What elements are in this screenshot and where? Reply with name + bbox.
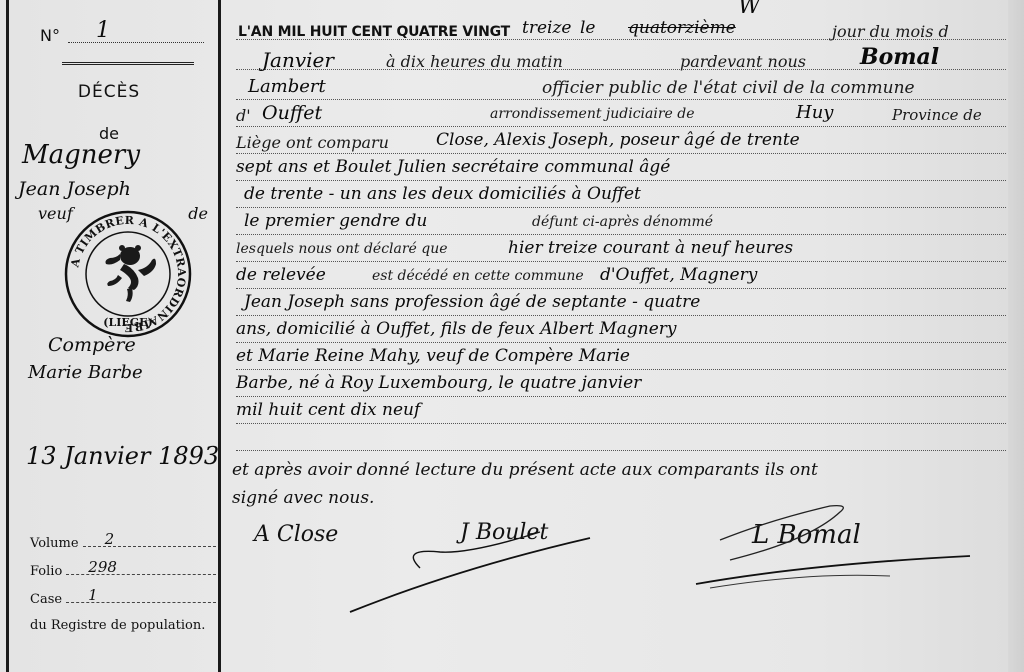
- death-time-handwritten: hier treize courant à neuf heures: [508, 238, 793, 258]
- ruled-line: [236, 421, 1006, 451]
- spouse-given-names: Marie Barbe: [28, 362, 143, 383]
- record-type-title: DÉCÈS: [0, 82, 218, 102]
- deceased-details-1: Jean Joseph sans profession âgé de septa…: [244, 292, 700, 312]
- day-of-month-printed: jour du mois d: [832, 22, 949, 41]
- signature-flourish-icon: [340, 528, 620, 618]
- case-value: 1: [88, 586, 98, 604]
- signature-close: A Close: [254, 522, 338, 547]
- witness-residence: de trente - un ans les deux domiciliés à…: [244, 184, 641, 204]
- comparu-printed: Liège ont comparu: [236, 133, 389, 152]
- le-handwritten: le: [580, 18, 596, 38]
- volume-label: Volume: [30, 536, 79, 551]
- registry-footer: du Registre de population.: [30, 618, 205, 633]
- struck-word: quatorzième: [628, 18, 736, 38]
- arrondissement-printed: arrondissement judiciaire de: [490, 106, 695, 122]
- defunt-printed: défunt ci-après dénommé: [532, 214, 713, 230]
- number-dotted-line: [68, 42, 204, 43]
- arrondissement-handwritten: Huy: [796, 102, 833, 123]
- registry-folio-row: Folio 298: [30, 564, 216, 579]
- year-printed: L'AN MIL HUIT CENT QUATRE VINGT: [238, 24, 510, 40]
- number-label: N°: [40, 26, 60, 45]
- registry-volume-row: Volume 2: [30, 536, 216, 551]
- declared-printed: lesquels nous ont déclaré que: [236, 241, 448, 257]
- deceased-printed: est décédé en cette commune: [372, 268, 584, 284]
- column-divider: [218, 0, 221, 672]
- officer-signature-flourish-icon: [690, 500, 990, 600]
- page-right-edge: [1008, 0, 1024, 672]
- folio-value: 298: [88, 558, 117, 576]
- death-place-handwritten: d'Ouffet, Magnery: [600, 265, 757, 285]
- volume-dotted-line: 2: [83, 537, 216, 547]
- officer-title-printed: officier public de l'état civil de la co…: [542, 78, 915, 98]
- month-handwritten: Janvier: [262, 48, 334, 72]
- deceased-details-2: ans, domicilié à Ouffet, fils de feux Al…: [236, 319, 676, 339]
- d-prefix: d': [236, 106, 251, 125]
- year-handwritten: treize: [522, 18, 571, 38]
- spouse-surname: Compère: [48, 334, 136, 356]
- margin-date: 13 Janvier 1893: [26, 442, 219, 470]
- folio-dotted-line: 298: [66, 565, 216, 575]
- deceased-given-names: Jean Joseph: [18, 178, 131, 200]
- death-certificate-page: N° 1 DÉCÈS de Magnery Jean Joseph veuf d…: [0, 0, 1024, 672]
- deceased-details-4: Barbe, né à Roy Luxembourg, le quatre ja…: [236, 373, 641, 393]
- deceased-details-5: mil huit cent dix neuf: [236, 400, 420, 420]
- case-dotted-line: 1: [66, 593, 216, 603]
- officer-surname: Bomal: [860, 44, 939, 70]
- number-value: 1: [96, 18, 110, 43]
- case-label: Case: [30, 592, 62, 607]
- witness1-details: Close, Alexis Joseph, poseur âgé de tren…: [436, 130, 800, 150]
- relevee-handwritten: de relevée: [236, 265, 326, 285]
- pardevant-printed: pardevant nous: [680, 52, 806, 71]
- province-printed: Province de: [892, 106, 982, 124]
- officer-given-name: Lambert: [248, 76, 326, 97]
- closing-statement-line1: et après avoir donné lecture du présent …: [232, 460, 818, 480]
- witness2-details: sept ans et Boulet Julien secrétaire com…: [236, 157, 670, 177]
- commune-handwritten: Ouffet: [262, 102, 322, 124]
- deceased-details-3: et Marie Reine Mahy, veuf de Compère Mar…: [236, 346, 630, 366]
- registry-case-row: Case 1: [30, 592, 216, 607]
- lion-seal-stamp-icon: A TIMBRER A L'EXTRAORDINAIRE (LIEGE): [62, 208, 194, 340]
- folio-label: Folio: [30, 564, 62, 579]
- deceased-surname: Magnery: [22, 140, 140, 170]
- double-rule: [62, 62, 194, 65]
- svg-text:(LIEGE): (LIEGE): [103, 316, 152, 329]
- volume-value: 2: [105, 530, 115, 548]
- hour-printed: à dix heures du matin: [386, 52, 563, 71]
- witness-relation: le premier gendre du: [244, 211, 427, 231]
- closing-statement-line2: signé avec nous.: [232, 488, 374, 508]
